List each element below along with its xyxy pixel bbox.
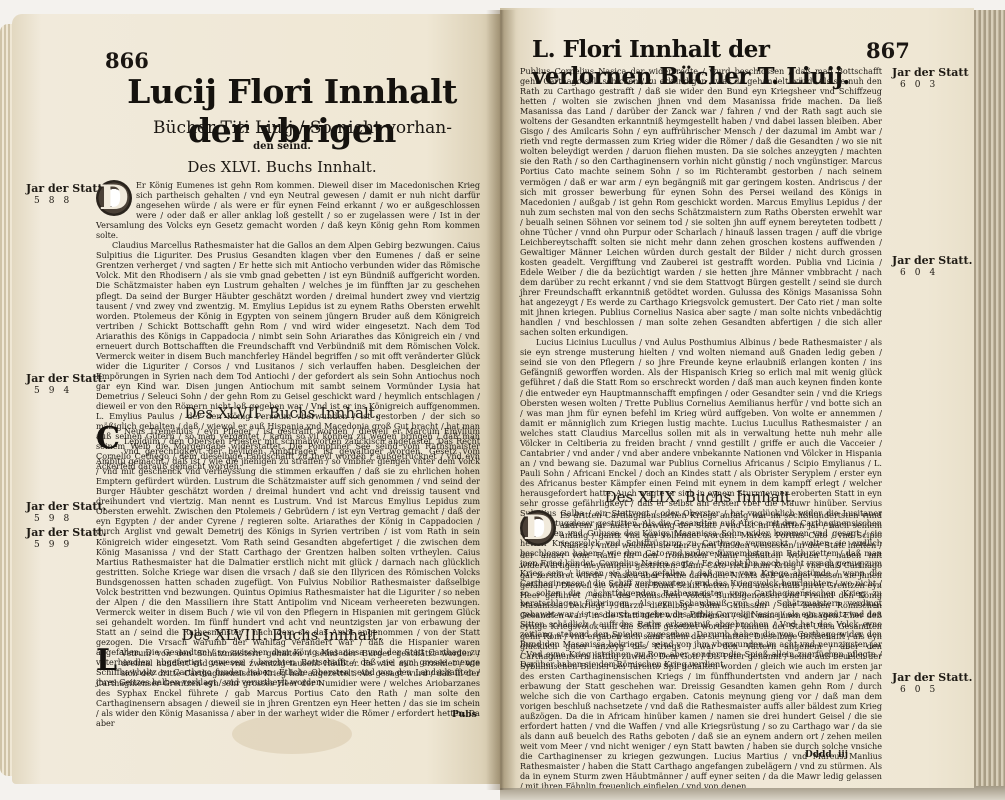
page-title: Lucij Flori Innhalt der vbrigen: [102, 72, 482, 150]
page-subtitle: Bücher Titi Liuij / So nicht vorhan-: [112, 118, 452, 138]
margin-note-label: Jar der Statt.: [26, 500, 106, 513]
paragraph: Es dritten Carthaginensischen Kriegs anf…: [520, 510, 882, 788]
margin-note-year: Jar der Statt. 588: [26, 182, 106, 208]
section-heading-xlviii: Des XLVIII. Buchs Innhalt.: [102, 626, 462, 644]
decorated-initial: L: [96, 648, 117, 674]
section-text-xlviii: L Vstrum von den Schätzmaistern gehalten…: [96, 648, 480, 710]
paragraph: Er König Eumenes ist gehn Rom kommen. Di…: [96, 180, 480, 240]
margin-note-year: Jar der Statt. 604: [892, 254, 972, 280]
page-number-right: 867: [866, 38, 910, 63]
paragraph: Vstrum von den Schätzmaistern gehalten /…: [96, 648, 480, 728]
margin-note-label: Jar der Statt.: [26, 372, 106, 385]
margin-note-year: Jar der Statt. 598: [26, 500, 106, 526]
margin-note-year: Jar der Statt 603: [892, 66, 969, 92]
margin-note-year: Jar der Statt. 605: [892, 671, 972, 697]
paragraph: Publius Cornelius Nasica dar wider redte…: [520, 66, 882, 337]
decorated-initial: D: [520, 510, 556, 546]
margin-note-year-value: 588: [26, 195, 106, 208]
left-page: 866 Lucij Flori Innhalt der vbrigen Büch…: [12, 14, 500, 784]
open-book: 866 Lucij Flori Innhalt der vbrigen Büch…: [0, 0, 1005, 800]
right-page-edges: [974, 10, 1005, 800]
decorated-initial: C: [96, 426, 120, 452]
section-text-xlvi: D Er König Eumenes ist gehn Rom kommen. …: [96, 180, 480, 394]
catchword: Pubs: [452, 710, 477, 720]
margin-note-label: Jar der Statt.: [892, 671, 972, 684]
page-subtitle-continued: den seind.: [112, 141, 452, 152]
margin-note-label: Jar der Statt.: [26, 182, 106, 195]
right-page: L. Flori Innhalt der verlornen Bücher T.…: [500, 8, 974, 788]
section-text-xlix: D Es dritten Carthaginensischen Kriegs a…: [520, 510, 882, 748]
page-number-left: 866: [105, 48, 149, 73]
margin-note-year-value: 594: [26, 385, 106, 398]
margin-note-year-value: 604: [892, 267, 972, 280]
margin-note-label: Jar der Statt.: [26, 526, 106, 539]
margin-note-year: Jar der Statt. 594: [26, 372, 106, 398]
margin-note-label: Jar der Statt: [892, 66, 969, 79]
margin-note-year-value: 599: [26, 539, 106, 552]
margin-note-year-value: 603: [892, 79, 969, 92]
margin-note-year: Jar der Statt. 599: [26, 526, 106, 552]
margin-note-year-value: 598: [26, 513, 106, 526]
margin-note-year-value: 605: [892, 684, 972, 697]
book-gutter: [486, 10, 516, 790]
margin-note-label: Jar der Statt.: [892, 254, 972, 267]
bottom-shadow: [500, 786, 1005, 800]
section-heading-xlvi: Des XLVI. Buchs Innhalt.: [102, 158, 462, 176]
section-heading-xlvii: Des XLVII. Buchs Innhalt.: [102, 404, 462, 422]
section-text-xlviii-continued: Publius Cornelius Nasica dar wider redte…: [520, 66, 882, 466]
decorated-initial: D: [96, 180, 132, 216]
section-text-xlvii: C Neus Tremellius / eyn Pfleger / ist ge…: [96, 426, 480, 618]
section-heading-xlix: Des XLIX. Buchs Innhalt.: [540, 488, 860, 506]
signature-mark: Dddd. iij: [805, 750, 848, 760]
